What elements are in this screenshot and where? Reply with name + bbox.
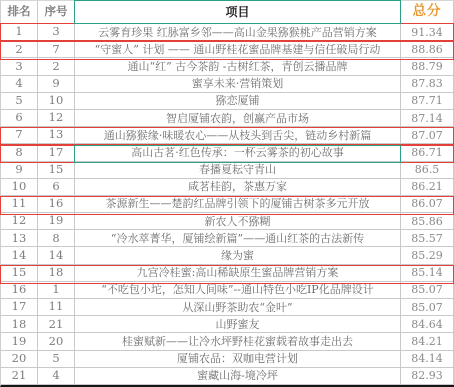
- table-row: 612智启厦铺农韵，创赢产品市场87.14: [1, 110, 454, 127]
- cell-score: 82.93: [401, 368, 454, 384]
- table-row: 214蜜藏山海-境冷坪82.93: [1, 368, 454, 385]
- table-row: 817高山古茗·红色传承：一杯云雾茶的初心故事86.71: [1, 144, 454, 161]
- cell-score: 85.07: [401, 299, 454, 315]
- cell-score: 88.86: [401, 41, 454, 57]
- cell-rank: 8: [1, 144, 38, 160]
- cell-score: 84.21: [401, 333, 454, 349]
- cell-project: 通山猕猴缘·味暖农心——从枝头到舌尖，链动乡村新篇: [75, 127, 401, 143]
- table-row: 32通山“红” 古今茶韵 -古树红茶，青创云播品牌88.79: [1, 58, 454, 75]
- table-row: 1116茶源新生——楚韵红品牌引领下的厦铺古树茶多元开放86.07: [1, 196, 454, 213]
- table-row: 27“守蜜人” 计划 —— 通山野桂花蜜品牌基建与信任破局行动88.86: [1, 41, 454, 58]
- cell-project: “不吃包小坨，怎知人间味”--通山特色小吃IP化品牌设计: [75, 282, 401, 298]
- cell-no: 20: [38, 333, 75, 349]
- cell-score: 85.29: [401, 247, 454, 263]
- table-row: 161“不吃包小坨，怎知人间味”--通山特色小吃IP化品牌设计85.07: [1, 282, 454, 299]
- cell-score: 85.86: [401, 213, 454, 229]
- cell-no: 8: [38, 230, 75, 246]
- cell-rank: 11: [1, 196, 38, 212]
- score-table-screenshot: 排名 序号 项目 总分 13云雾育珍果 红脉富乡邻——高山金果猕猴桃产品营销方案…: [0, 0, 454, 387]
- cell-project: 山野蜜友: [75, 316, 401, 332]
- table-header-row: 排名 序号 项目 总分: [1, 1, 454, 24]
- cell-rank: 13: [1, 230, 38, 246]
- cell-rank: 19: [1, 333, 38, 349]
- cell-rank: 12: [1, 213, 38, 229]
- cell-rank: 20: [1, 351, 38, 367]
- cell-no: 21: [38, 316, 75, 332]
- cell-rank: 3: [1, 58, 38, 74]
- cell-rank: 14: [1, 247, 38, 263]
- cell-rank: 15: [1, 265, 38, 281]
- cell-no: 1: [38, 282, 75, 298]
- cell-no: 15: [38, 162, 75, 178]
- cell-project: 蜜藏山海-境冷坪: [75, 368, 401, 384]
- table-row: 49蜜享未来·营销策划87.83: [1, 76, 454, 93]
- cell-no: 11: [38, 299, 75, 315]
- cell-project: 智启厦铺农韵，创赢产品市场: [75, 110, 401, 126]
- header-serial: 序号: [38, 1, 75, 23]
- cell-score: 87.14: [401, 110, 454, 126]
- cell-project: 蜜享未来·营销策划: [75, 76, 401, 92]
- table-row: 106咸茗桂韵，茶惠万家86.21: [1, 179, 454, 196]
- ranking-table: 排名 序号 项目 总分 13云雾育珍果 红脉富乡邻——高山金果猕猴桃产品营销方案…: [0, 0, 454, 387]
- cell-no: 12: [38, 110, 75, 126]
- cell-score: 86.07: [401, 196, 454, 212]
- cell-score: 84.14: [401, 351, 454, 367]
- cell-project: 厦铺农品：双咖电营计划: [75, 351, 401, 367]
- header-project: 项目: [75, 1, 401, 23]
- cell-project: 咸茗桂韵，茶惠万家: [75, 179, 401, 195]
- cell-project: 春播夏耘守青山: [75, 162, 401, 178]
- cell-rank: 6: [1, 110, 38, 126]
- cell-no: 13: [38, 127, 75, 143]
- cell-project: 九宫冷桂蜜:高山稀缺原生蜜品牌营销方案: [75, 265, 401, 281]
- cell-score: 91.34: [401, 24, 454, 40]
- cell-no: 16: [38, 196, 75, 212]
- cell-project: 从深山野茶助农“金叶”: [75, 299, 401, 315]
- cell-score: 85.57: [401, 230, 454, 246]
- table-row: 915春播夏耘守青山86.5: [1, 162, 454, 179]
- cell-score: 87.07: [401, 127, 454, 143]
- cell-no: 6: [38, 179, 75, 195]
- table-row: 713通山猕猴缘·味暖农心——从枝头到舌尖，链动乡村新篇87.07: [1, 127, 454, 144]
- header-score: 总分: [401, 1, 454, 23]
- cell-project: 茶源新生——楚韵红品牌引领下的厦铺古树茶多元开放: [75, 196, 401, 212]
- cell-rank: 4: [1, 76, 38, 92]
- cell-score: 86.21: [401, 179, 454, 195]
- cell-project: 桂蜜赋新——让冷水坪野桂花蜜载着故事走出去: [75, 333, 401, 349]
- cell-no: 9: [38, 76, 75, 92]
- cell-rank: 18: [1, 316, 38, 332]
- cell-rank: 17: [1, 299, 38, 315]
- cell-rank: 7: [1, 127, 38, 143]
- cell-project: 猕恋厦铺: [75, 93, 401, 109]
- cell-rank: 10: [1, 179, 38, 195]
- cell-score: 88.79: [401, 58, 454, 74]
- table-row: 1518九宫冷桂蜜:高山稀缺原生蜜品牌营销方案85.14: [1, 265, 454, 282]
- cell-rank: 21: [1, 368, 38, 384]
- cell-project: 云雾育珍果 红脉富乡邻——高山金果猕猴桃产品营销方案: [75, 24, 401, 40]
- cell-no: 10: [38, 93, 75, 109]
- cell-no: 7: [38, 41, 75, 57]
- cell-no: 5: [38, 351, 75, 367]
- cell-score: 84.64: [401, 316, 454, 332]
- cell-score: 85.07: [401, 282, 454, 298]
- table-row: 1920桂蜜赋新——让冷水坪野桂花蜜载着故事走出去84.21: [1, 333, 454, 350]
- cell-no: 2: [38, 58, 75, 74]
- cell-project: 缘为蜜: [75, 247, 401, 263]
- cell-no: 17: [38, 144, 75, 160]
- header-rank: 排名: [1, 1, 38, 23]
- cell-rank: 1: [1, 24, 38, 40]
- table-row: 138“冷水萃菁华，厦铺绘新篇”——通山红茶的古法新传85.57: [1, 230, 454, 247]
- table-row: 13云雾育珍果 红脉富乡邻——高山金果猕猴桃产品营销方案91.34: [1, 24, 454, 41]
- cell-no: 19: [38, 213, 75, 229]
- cell-score: 86.5: [401, 162, 454, 178]
- table-row: 510猕恋厦铺87.71: [1, 93, 454, 110]
- cell-project: “冷水萃菁华，厦铺绘新篇”——通山红茶的古法新传: [75, 230, 401, 246]
- cell-rank: 16: [1, 282, 38, 298]
- table-row: 1821山野蜜友84.64: [1, 316, 454, 333]
- table-row: 1414缘为蜜85.29: [1, 247, 454, 264]
- cell-project: 通山“红” 古今茶韵 -古树红茶，青创云播品牌: [75, 58, 401, 74]
- cell-score: 85.14: [401, 265, 454, 281]
- cell-rank: 5: [1, 93, 38, 109]
- cell-score: 87.83: [401, 76, 454, 92]
- cell-project: 高山古茗·红色传承：一杯云雾茶的初心故事: [75, 144, 401, 160]
- cell-project: 新农人不猕糊: [75, 213, 401, 229]
- cell-no: 14: [38, 247, 75, 263]
- cell-rank: 2: [1, 41, 38, 57]
- cell-rank: 9: [1, 162, 38, 178]
- table-row: 1219新农人不猕糊85.86: [1, 213, 454, 230]
- cell-score: 86.71: [401, 144, 454, 160]
- cell-no: 3: [38, 24, 75, 40]
- table-row: 205厦铺农品：双咖电营计划84.14: [1, 351, 454, 368]
- cell-project: “守蜜人” 计划 —— 通山野桂花蜜品牌基建与信任破局行动: [75, 41, 401, 57]
- cell-no: 18: [38, 265, 75, 281]
- table-row: 1711从深山野茶助农“金叶”85.07: [1, 299, 454, 316]
- cell-score: 87.71: [401, 93, 454, 109]
- cell-no: 4: [38, 368, 75, 384]
